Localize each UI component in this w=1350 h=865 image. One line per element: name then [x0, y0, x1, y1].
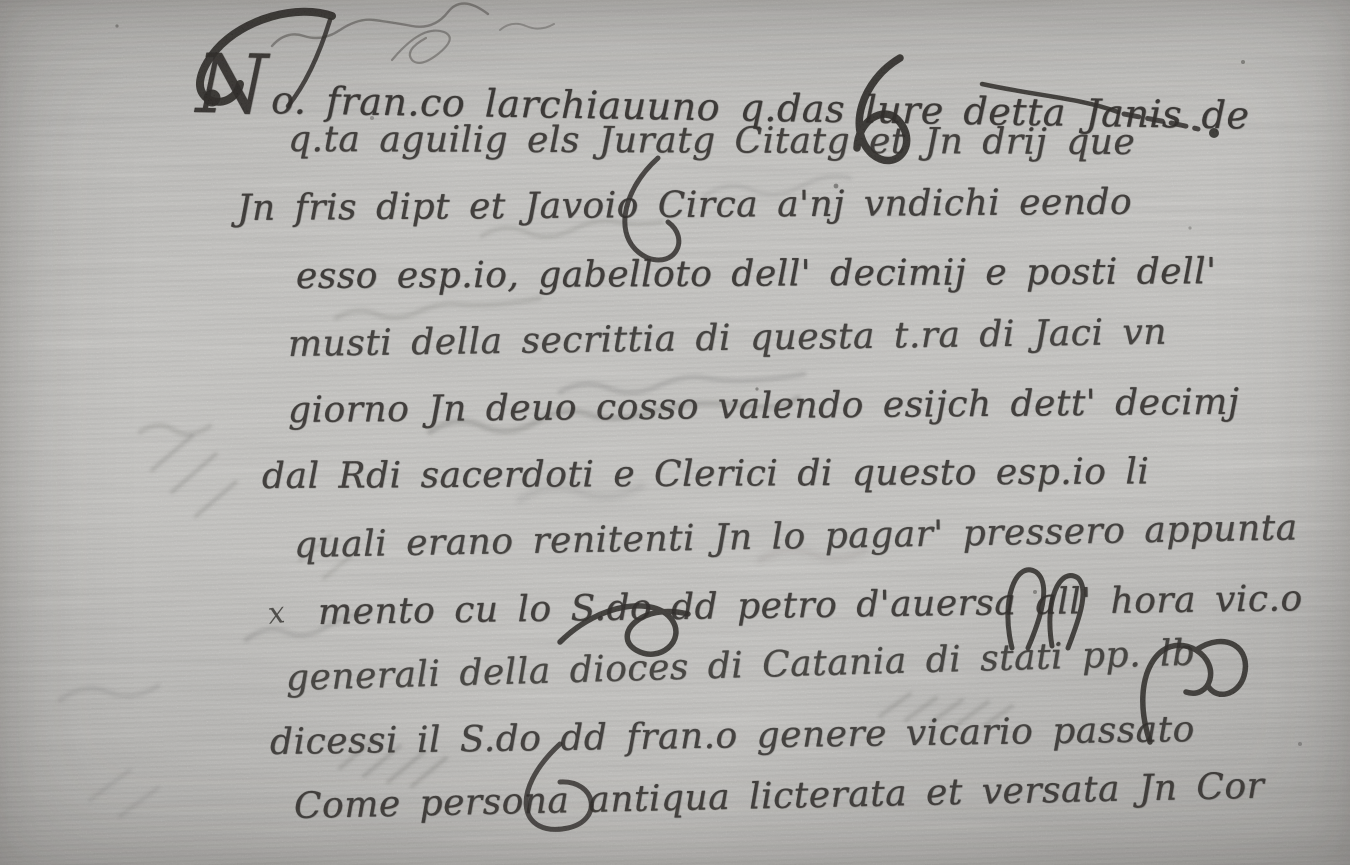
margin-x-mark: x [266, 595, 286, 632]
manuscript-line-3: Jn fris dipt et Javoio Circa a'nj vndich… [237, 185, 1132, 227]
manuscript-line-6: giorno Jn deuo cosso valendo esijch dett… [288, 385, 1240, 429]
manuscript-line-10: generali della dioces di Catania di stat… [285, 636, 1195, 697]
manuscript-text: No. fran.co larchiauuno q.das lure detta… [0, 0, 1350, 865]
manuscript-line-4: esso esp.io, gabelloto dell' decimij e p… [296, 254, 1217, 295]
manuscript-line-2: q.ta aguilig els Juratg Citatg et Jn dri… [288, 122, 1135, 161]
manuscript-line-8: quali erano renitenti Jn lo pagar' press… [294, 510, 1298, 564]
manuscript-line-12: Come persona antiqua licterata et versat… [294, 769, 1265, 825]
manuscript-line-5: musti della secrittia di questa t.ra di … [288, 315, 1167, 363]
manuscript-line-11: dicessi il S.do dd fran.o genere vicario… [270, 712, 1195, 761]
manuscript-line-7: dal Rdi sacerdoti e Clerici di questo es… [262, 454, 1149, 495]
manuscript-line-9: mento cu lo S.do dd petro d'auersa all' … [318, 581, 1303, 631]
manuscript-page: No. fran.co larchiauuno q.das lure detta… [0, 0, 1350, 865]
